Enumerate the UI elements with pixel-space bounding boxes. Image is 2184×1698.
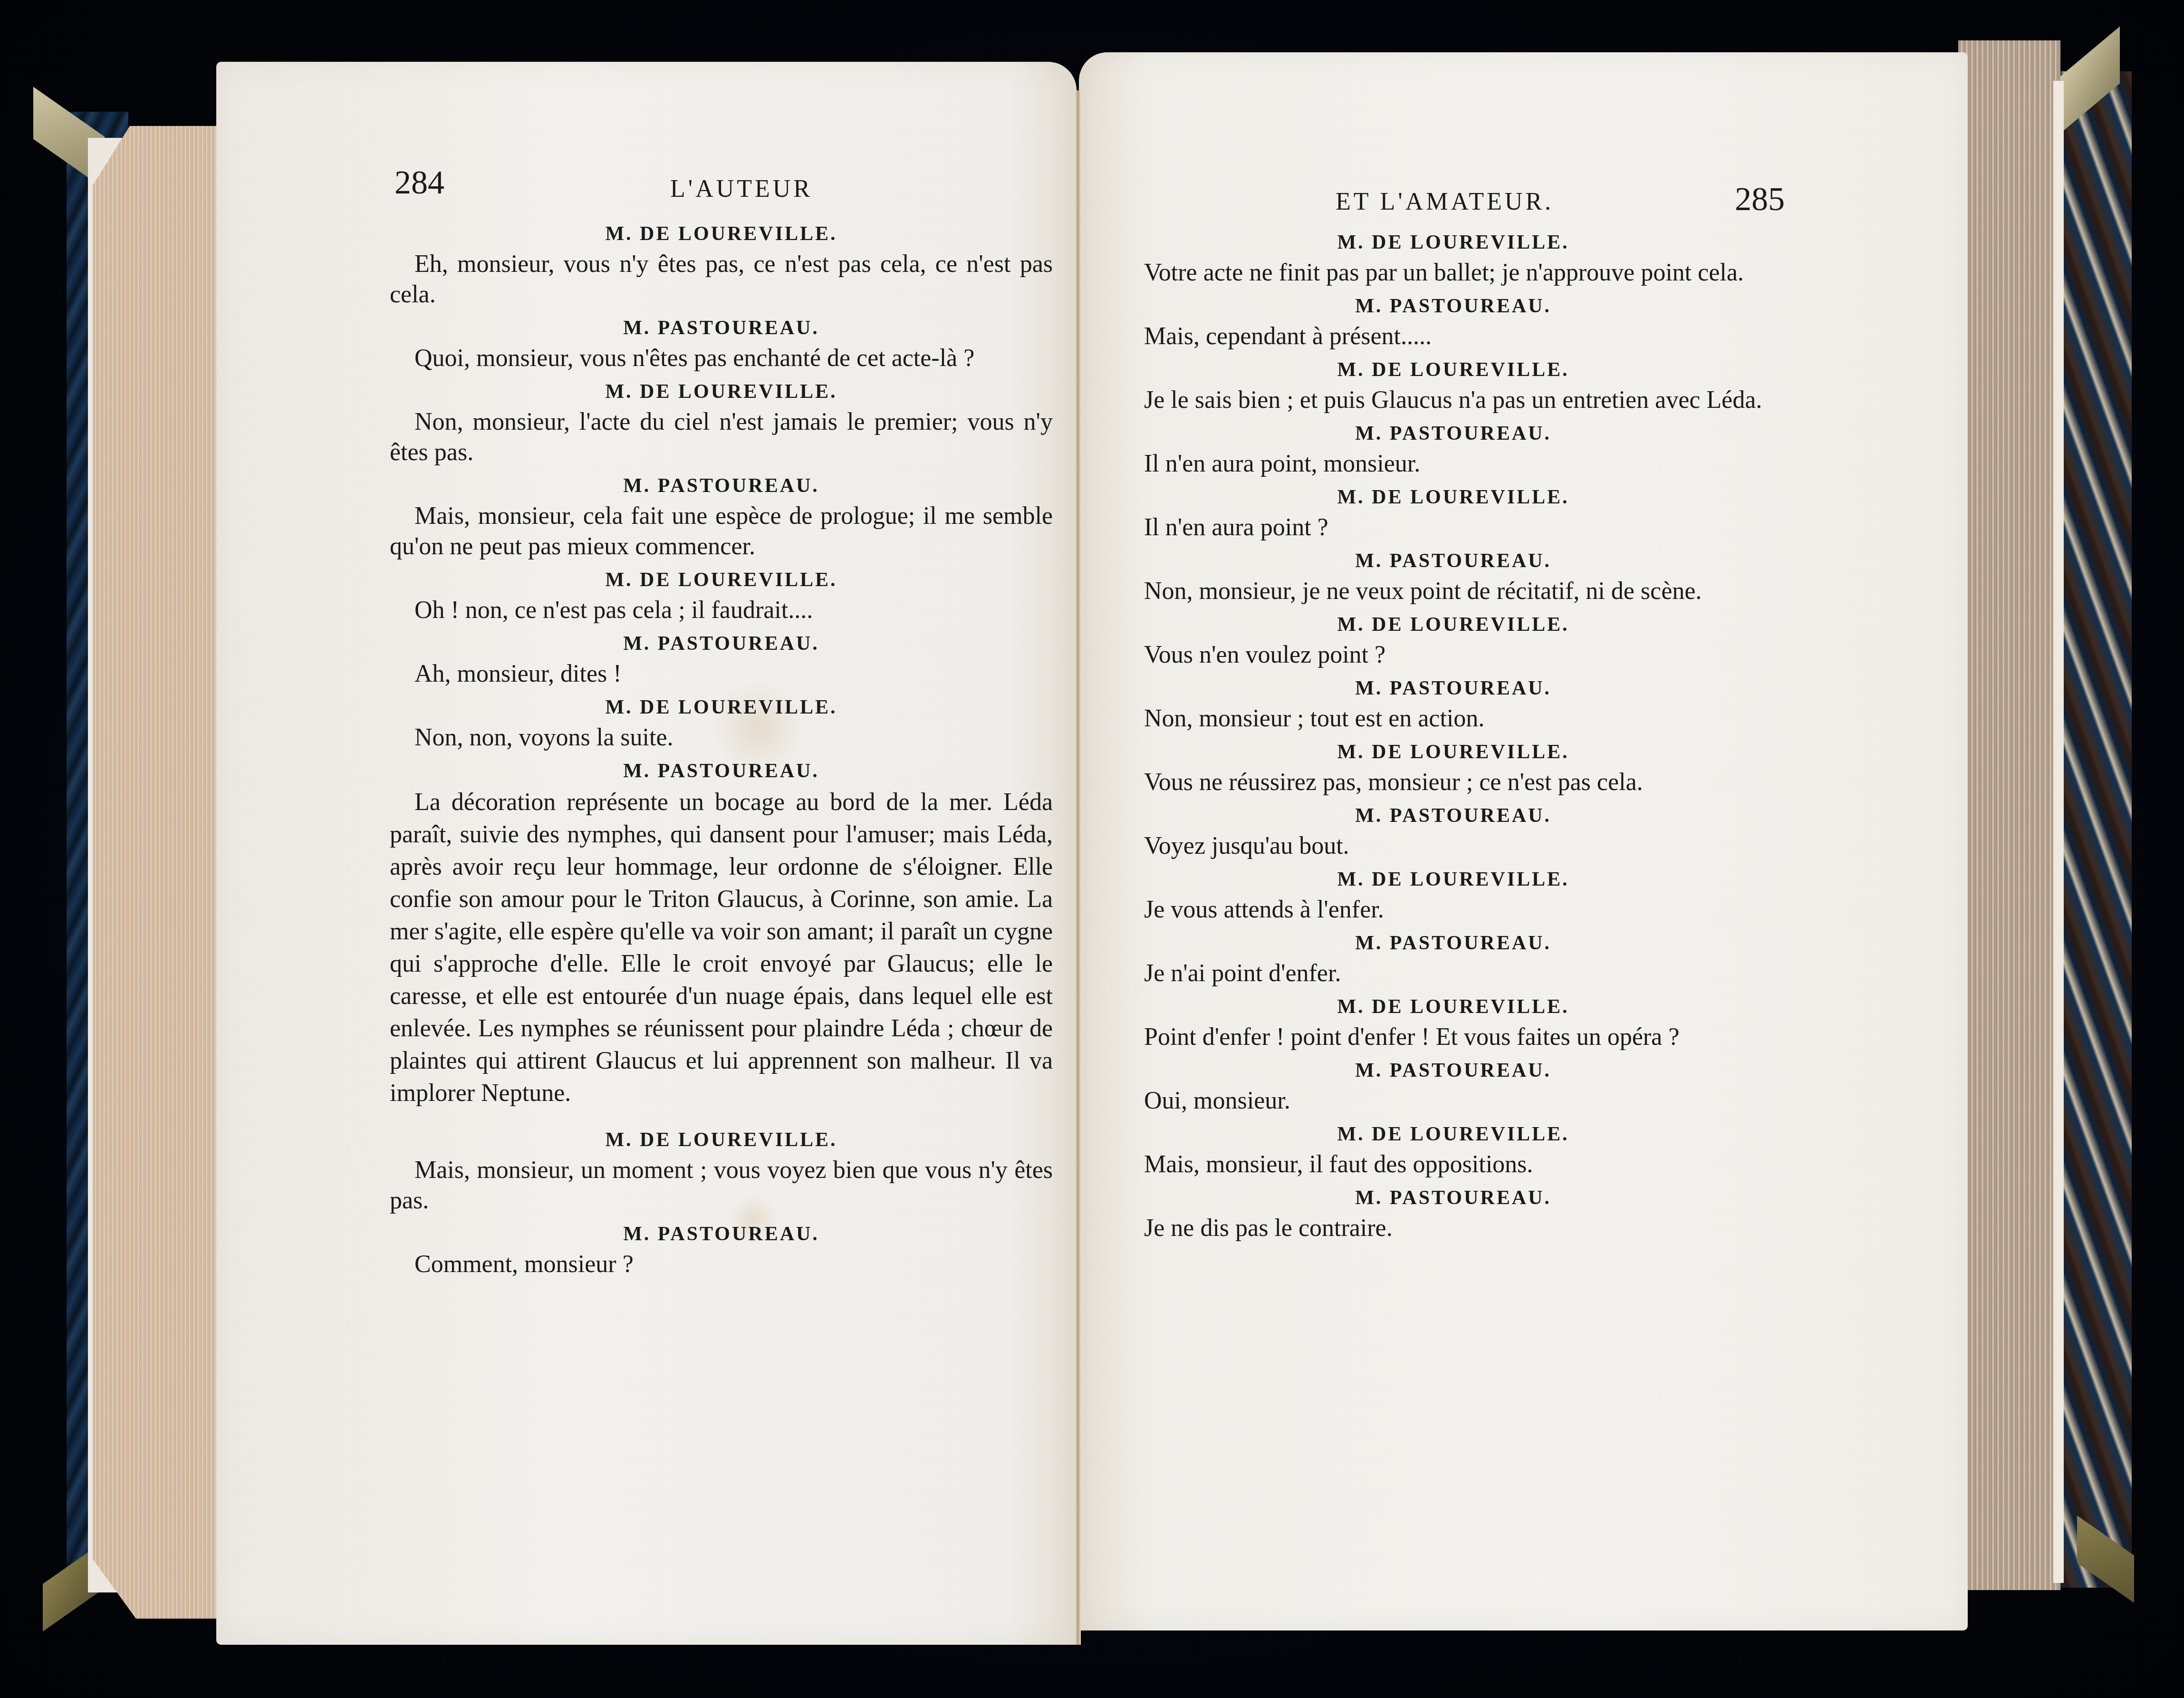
speaker-label: M. PASTOUREAU. [1119, 804, 1787, 827]
speaker-label: M. PASTOUREAU. [1119, 295, 1787, 318]
speaker-label: M. PASTOUREAU. [390, 1223, 1053, 1245]
speaker-label: M. PASTOUREAU. [390, 474, 1053, 497]
speech: Mais, monsieur, il faut des oppositions. [1119, 1149, 1787, 1180]
speaker-label: M. PASTOUREAU. [1119, 1187, 1787, 1209]
speech: Vous n'en voulez point ? [1119, 640, 1787, 670]
speech: Mais, monsieur, cela fait une espèce de … [390, 501, 1053, 562]
speaker-label: M. PASTOUREAU. [1119, 677, 1787, 700]
page-number-left: 284 [394, 164, 444, 202]
speech: Je ne dis pas le contraire. [1119, 1213, 1787, 1244]
page-edges-right [1958, 40, 2060, 1590]
speech: Oui, monsieur. [1119, 1086, 1787, 1116]
flyleaf-right [2053, 81, 2064, 1583]
book-photo: 284 L'AUTEUR ET L'AMATEUR. 285 M. DE LOU… [0, 0, 2184, 1698]
speech: Je vous attends à l'enfer. [1119, 895, 1787, 925]
right-page-text: M. DE LOUREVILLE. Votre acte ne finit pa… [1119, 228, 1787, 1250]
speech: Il n'en aura point, monsieur. [1119, 449, 1787, 479]
speech: Il n'en aura point ? [1119, 512, 1787, 543]
speech: Point d'enfer ! point d'enfer ! Et vous … [1119, 1022, 1787, 1052]
speech: Non, monsieur, l'acte du ciel n'est jama… [390, 407, 1053, 468]
speech: Voyez jusqu'au bout. [1119, 831, 1787, 861]
speaker-label: M. DE LOUREVILLE. [1119, 613, 1787, 636]
gutter [1075, 90, 1081, 1645]
speaker-label: M. PASTOUREAU. [1119, 932, 1787, 955]
speaker-label: M. DE LOUREVILLE. [1119, 995, 1787, 1018]
speaker-label: M. PASTOUREAU. [390, 632, 1053, 655]
marbled-board-right [2058, 71, 2132, 1588]
speaker-label: M. DE LOUREVILLE. [390, 380, 1053, 403]
speaker-label: M. DE LOUREVILLE. [1119, 358, 1787, 381]
speaker-label: M. PASTOUREAU. [390, 317, 1053, 339]
speech: Je n'ai point d'enfer. [1119, 958, 1787, 989]
speech: Mais, cependant à présent..... [1119, 321, 1787, 352]
speech: Non, monsieur, je ne veux point de récit… [1119, 576, 1787, 607]
page-number-right: 285 [1735, 181, 1785, 219]
speaker-label: M. PASTOUREAU. [1119, 1059, 1787, 1082]
speech: La décoration représente un bocage au bo… [390, 786, 1053, 1109]
speaker-label: M. DE LOUREVILLE. [390, 222, 1053, 245]
speaker-label: M. DE LOUREVILLE. [1119, 741, 1787, 763]
speaker-label: M. DE LOUREVILLE. [390, 1129, 1053, 1151]
speaker-label: M. DE LOUREVILLE. [1119, 486, 1787, 509]
speech: Comment, monsieur ? [390, 1249, 1053, 1280]
speaker-label: M. PASTOUREAU. [1119, 550, 1787, 572]
running-head-right: ET L'AMATEUR. [1336, 188, 1554, 216]
speaker-label: M. DE LOUREVILLE. [390, 696, 1053, 719]
page-edges-left [93, 126, 216, 1619]
speaker-label: M. DE LOUREVILLE. [1119, 868, 1787, 891]
speaker-label: M. PASTOUREAU. [1119, 422, 1787, 445]
speech: Je le sais bien ; et puis Glaucus n'a pa… [1119, 385, 1787, 415]
speech: Oh ! non, ce n'est pas cela ; il faudrai… [390, 595, 1053, 626]
speech: Non, monsieur ; tout est en action. [1119, 704, 1787, 734]
speaker-label: M. DE LOUREVILLE. [1119, 231, 1787, 254]
speech: Vous ne réussirez pas, monsieur ; ce n'e… [1119, 767, 1787, 798]
speech: Mais, monsieur, un moment ; vous voyez b… [390, 1155, 1053, 1216]
left-page-text: M. DE LOUREVILLE. Eh, monsieur, vous n'y… [390, 220, 1053, 1286]
speech: Eh, monsieur, vous n'y êtes pas, ce n'es… [390, 249, 1053, 310]
speaker-label: M. DE LOUREVILLE. [390, 569, 1053, 591]
speech: Ah, monsieur, dites ! [390, 659, 1053, 689]
speech: Non, non, voyons la suite. [390, 723, 1053, 753]
running-head-left: L'AUTEUR [670, 175, 813, 203]
speaker-label: M. DE LOUREVILLE. [1119, 1123, 1787, 1146]
speaker-label: M. PASTOUREAU. [390, 760, 1053, 782]
speech: Votre acte ne finit pas par un ballet; j… [1119, 258, 1787, 288]
speech: Quoi, monsieur, vous n'êtes pas enchanté… [390, 343, 1053, 374]
